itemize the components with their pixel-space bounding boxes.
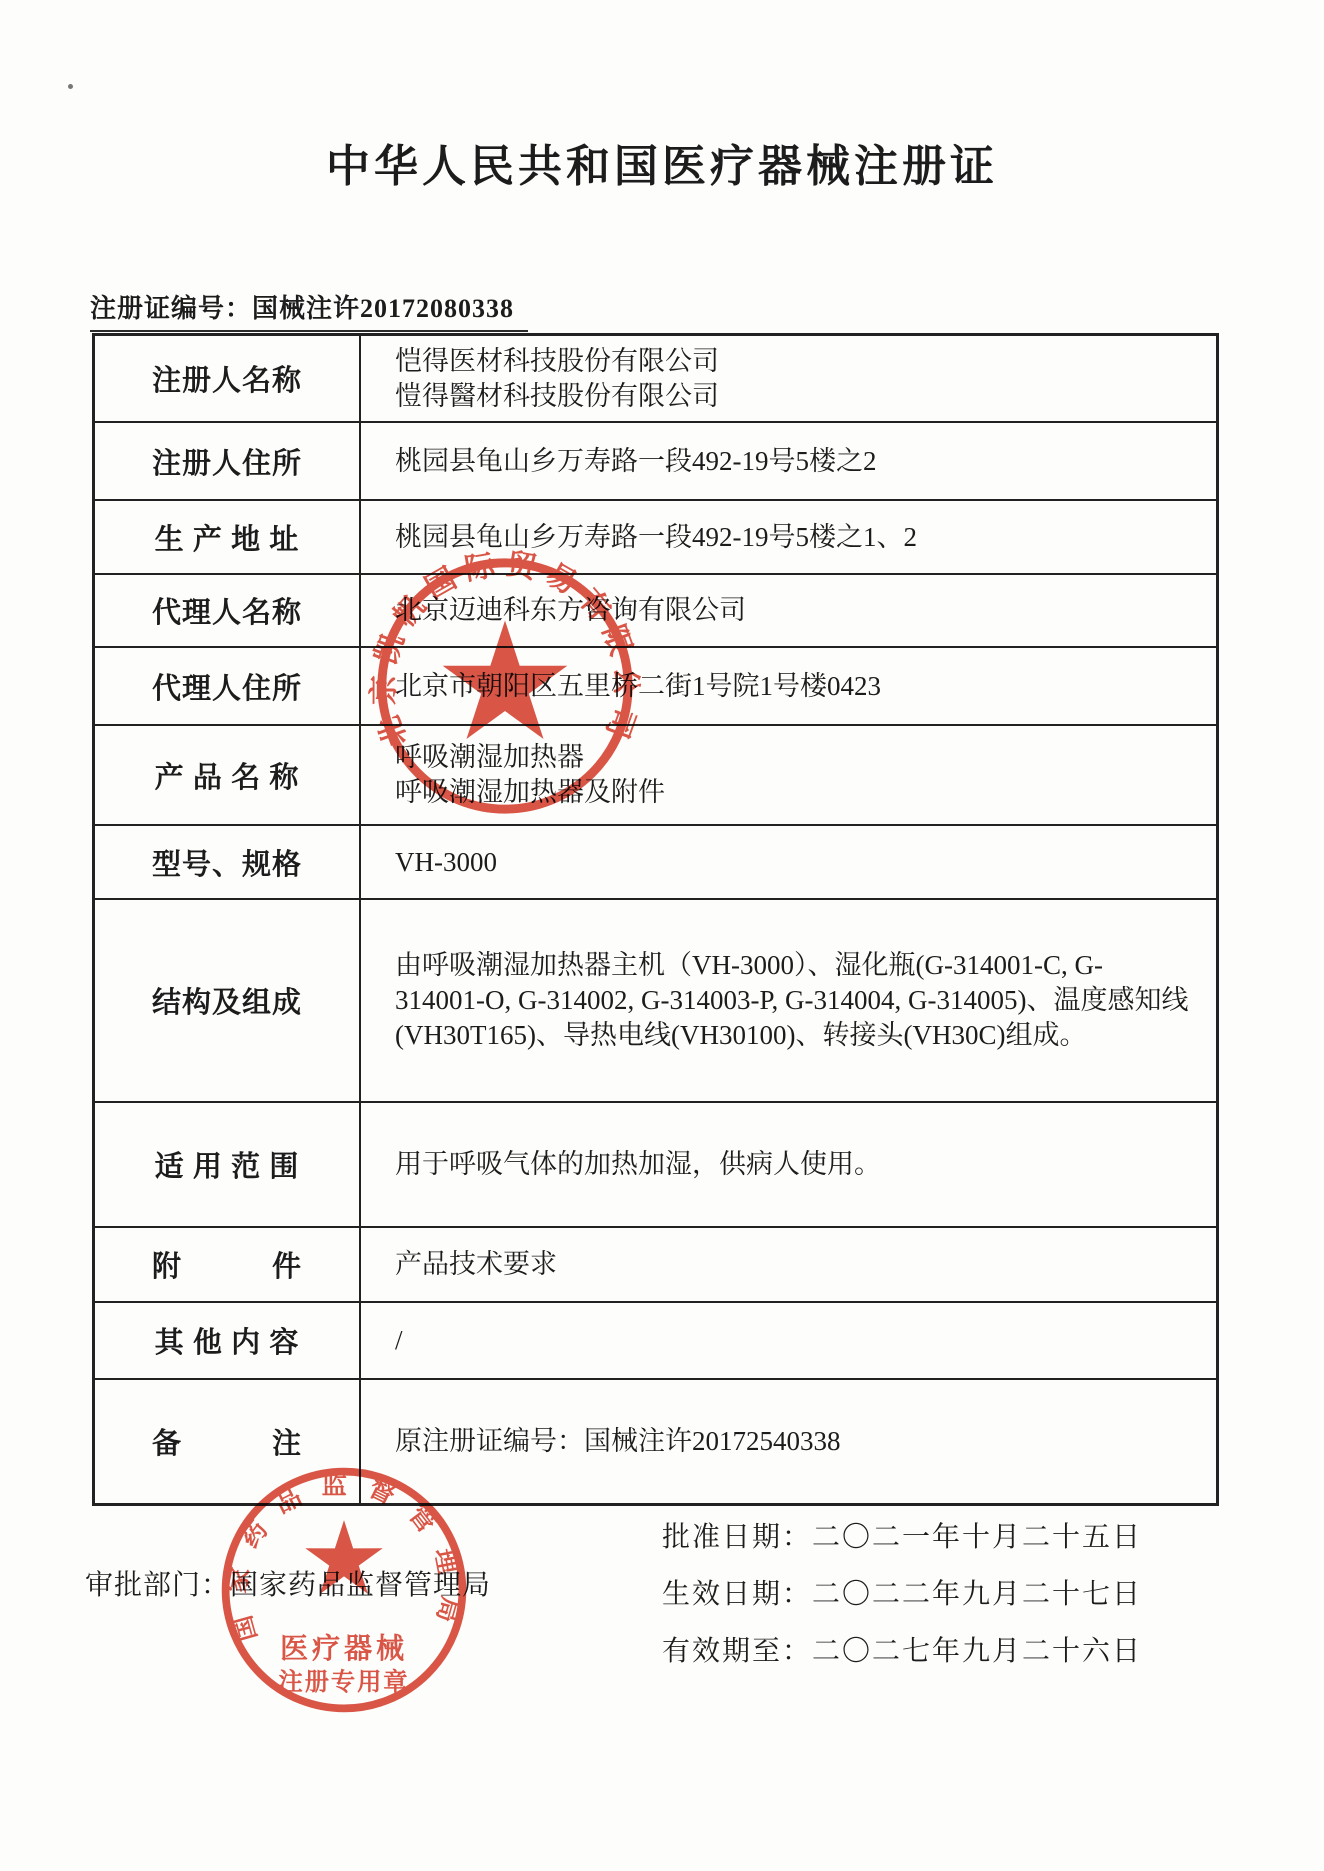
row-value: 用于呼吸气体的加热加湿，供病人使用。 <box>361 1103 1216 1226</box>
value-line: 北京迈迪科东方咨询有限公司 <box>395 593 1190 628</box>
row-value: 由呼吸潮湿加热器主机（VH-3000）、湿化瓶(G-314001-C, G-31… <box>361 900 1216 1101</box>
row-value: / <box>361 1303 1216 1378</box>
page-title: 中华人民共和国医疗器械注册证 <box>0 130 1324 194</box>
approval-department-line: 审批部门：国家药品监督管理局 <box>85 1563 491 1603</box>
row-value: 桃园县龟山乡万寿路一段492-19号5楼之1、2 <box>361 501 1216 573</box>
value-line: 产品技术要求 <box>395 1247 1190 1282</box>
value-line: 呼吸潮湿加热器 <box>395 740 1190 775</box>
value-line: 由呼吸潮湿加热器主机（VH-3000）、湿化瓶(G-314001-C, G-31… <box>395 948 1190 1053</box>
table-row-registrant-name: 注册人名称 恺得医材科技股份有限公司 愷得醫材科技股份有限公司 <box>95 336 1216 423</box>
table-row-registrant-address: 注册人住所 桃园县龟山乡万寿路一段492-19号5楼之2 <box>95 423 1216 501</box>
table-row-other-content: 其 他 内 容 / <box>95 1303 1216 1380</box>
row-value: 北京迈迪科东方咨询有限公司 <box>361 575 1216 646</box>
authority-seal-line2: 注册专用章 <box>279 1668 410 1696</box>
certificate-page: 中华人民共和国医疗器械注册证 注册证编号：国械注许20172080338 注册人… <box>0 0 1324 1871</box>
certificate-table: 注册人名称 恺得医材科技股份有限公司 愷得醫材科技股份有限公司 注册人住所 桃园… <box>92 333 1219 1506</box>
table-row-agent-name: 代理人名称 北京迈迪科东方咨询有限公司 <box>95 575 1216 648</box>
row-value: 原注册证编号：国械注许20172540338 <box>361 1380 1216 1503</box>
expiry-date-line: 有效期至： 二〇二七年九月二十六日 <box>662 1620 1222 1677</box>
row-label: 结构及组成 <box>95 900 361 1101</box>
value-line: 呼吸潮湿加热器及附件 <box>395 775 1190 810</box>
row-label: 附 件 <box>95 1228 361 1301</box>
value-line: 桃园县龟山乡万寿路一段492-19号5楼之1、2 <box>395 520 1190 555</box>
row-label: 产 品 名 称 <box>95 726 361 824</box>
row-label: 代理人住所 <box>95 648 361 724</box>
authority-seal-line1: 医疗器械 <box>280 1633 408 1665</box>
row-label: 注册人住所 <box>95 423 361 499</box>
value-line: 用于呼吸气体的加热加湿，供病人使用。 <box>395 1147 1190 1182</box>
row-label: 代理人名称 <box>95 575 361 646</box>
registration-number: 注册证编号：国械注许20172080338 <box>90 288 528 332</box>
row-value: VH-3000 <box>361 826 1216 898</box>
value-line: 愷得醫材科技股份有限公司 <box>395 379 1190 414</box>
row-value: 北京市朝阳区五里桥二街1号院1号楼0423 <box>361 648 1216 724</box>
value-line: 原注册证编号：国械注许20172540338 <box>395 1424 1190 1459</box>
table-row-product-name: 产 品 名 称 呼吸潮湿加热器 呼吸潮湿加热器及附件 <box>95 726 1216 826</box>
table-row-structure: 结构及组成 由呼吸潮湿加热器主机（VH-3000）、湿化瓶(G-314001-C… <box>95 900 1216 1103</box>
value-line: 桃园县龟山乡万寿路一段492-19号5楼之2 <box>395 444 1190 479</box>
row-value: 产品技术要求 <box>361 1228 1216 1301</box>
row-label: 适 用 范 围 <box>95 1103 361 1226</box>
effective-date-value: 二〇二二年九月二十七日 <box>812 1572 1142 1612</box>
expiry-date-value: 二〇二七年九月二十六日 <box>812 1629 1142 1669</box>
table-row-remarks: 备 注 原注册证编号：国械注许20172540338 <box>95 1380 1216 1503</box>
row-value: 桃园县龟山乡万寿路一段492-19号5楼之2 <box>361 423 1216 499</box>
row-label: 型号、规格 <box>95 826 361 898</box>
row-label: 注册人名称 <box>95 336 361 421</box>
row-value: 呼吸潮湿加热器 呼吸潮湿加热器及附件 <box>361 726 1216 824</box>
approval-date-line: 批准日期： 二〇二一年十月二十五日 <box>662 1506 1222 1563</box>
table-row-production-address: 生 产 地 址 桃园县龟山乡万寿路一段492-19号5楼之1、2 <box>95 501 1216 575</box>
row-label: 其 他 内 容 <box>95 1303 361 1378</box>
value-line: VH-3000 <box>395 845 1190 880</box>
effective-date-line: 生效日期： 二〇二二年九月二十七日 <box>662 1563 1222 1620</box>
row-value: 恺得医材科技股份有限公司 愷得醫材科技股份有限公司 <box>361 336 1216 421</box>
table-row-agent-address: 代理人住所 北京市朝阳区五里桥二街1号院1号楼0423 <box>95 648 1216 726</box>
approval-date-label: 批准日期： <box>662 1515 812 1555</box>
effective-date-label: 生效日期： <box>662 1572 812 1612</box>
row-label: 备 注 <box>95 1380 361 1503</box>
table-row-model-spec: 型号、规格 VH-3000 <box>95 826 1216 900</box>
dates-block: 批准日期： 二〇二一年十月二十五日 生效日期： 二〇二二年九月二十七日 有效期至… <box>662 1506 1222 1677</box>
approval-date-value: 二〇二一年十月二十五日 <box>812 1515 1142 1555</box>
expiry-date-label: 有效期至： <box>662 1629 812 1669</box>
row-label: 生 产 地 址 <box>95 501 361 573</box>
value-line: 恺得医材科技股份有限公司 <box>395 344 1190 379</box>
table-row-attachment: 附 件 产品技术要求 <box>95 1228 1216 1303</box>
scan-speck <box>68 84 73 89</box>
table-row-intended-use: 适 用 范 围 用于呼吸气体的加热加湿，供病人使用。 <box>95 1103 1216 1228</box>
value-line: / <box>395 1323 1190 1358</box>
value-line: 北京市朝阳区五里桥二街1号院1号楼0423 <box>395 669 1190 704</box>
